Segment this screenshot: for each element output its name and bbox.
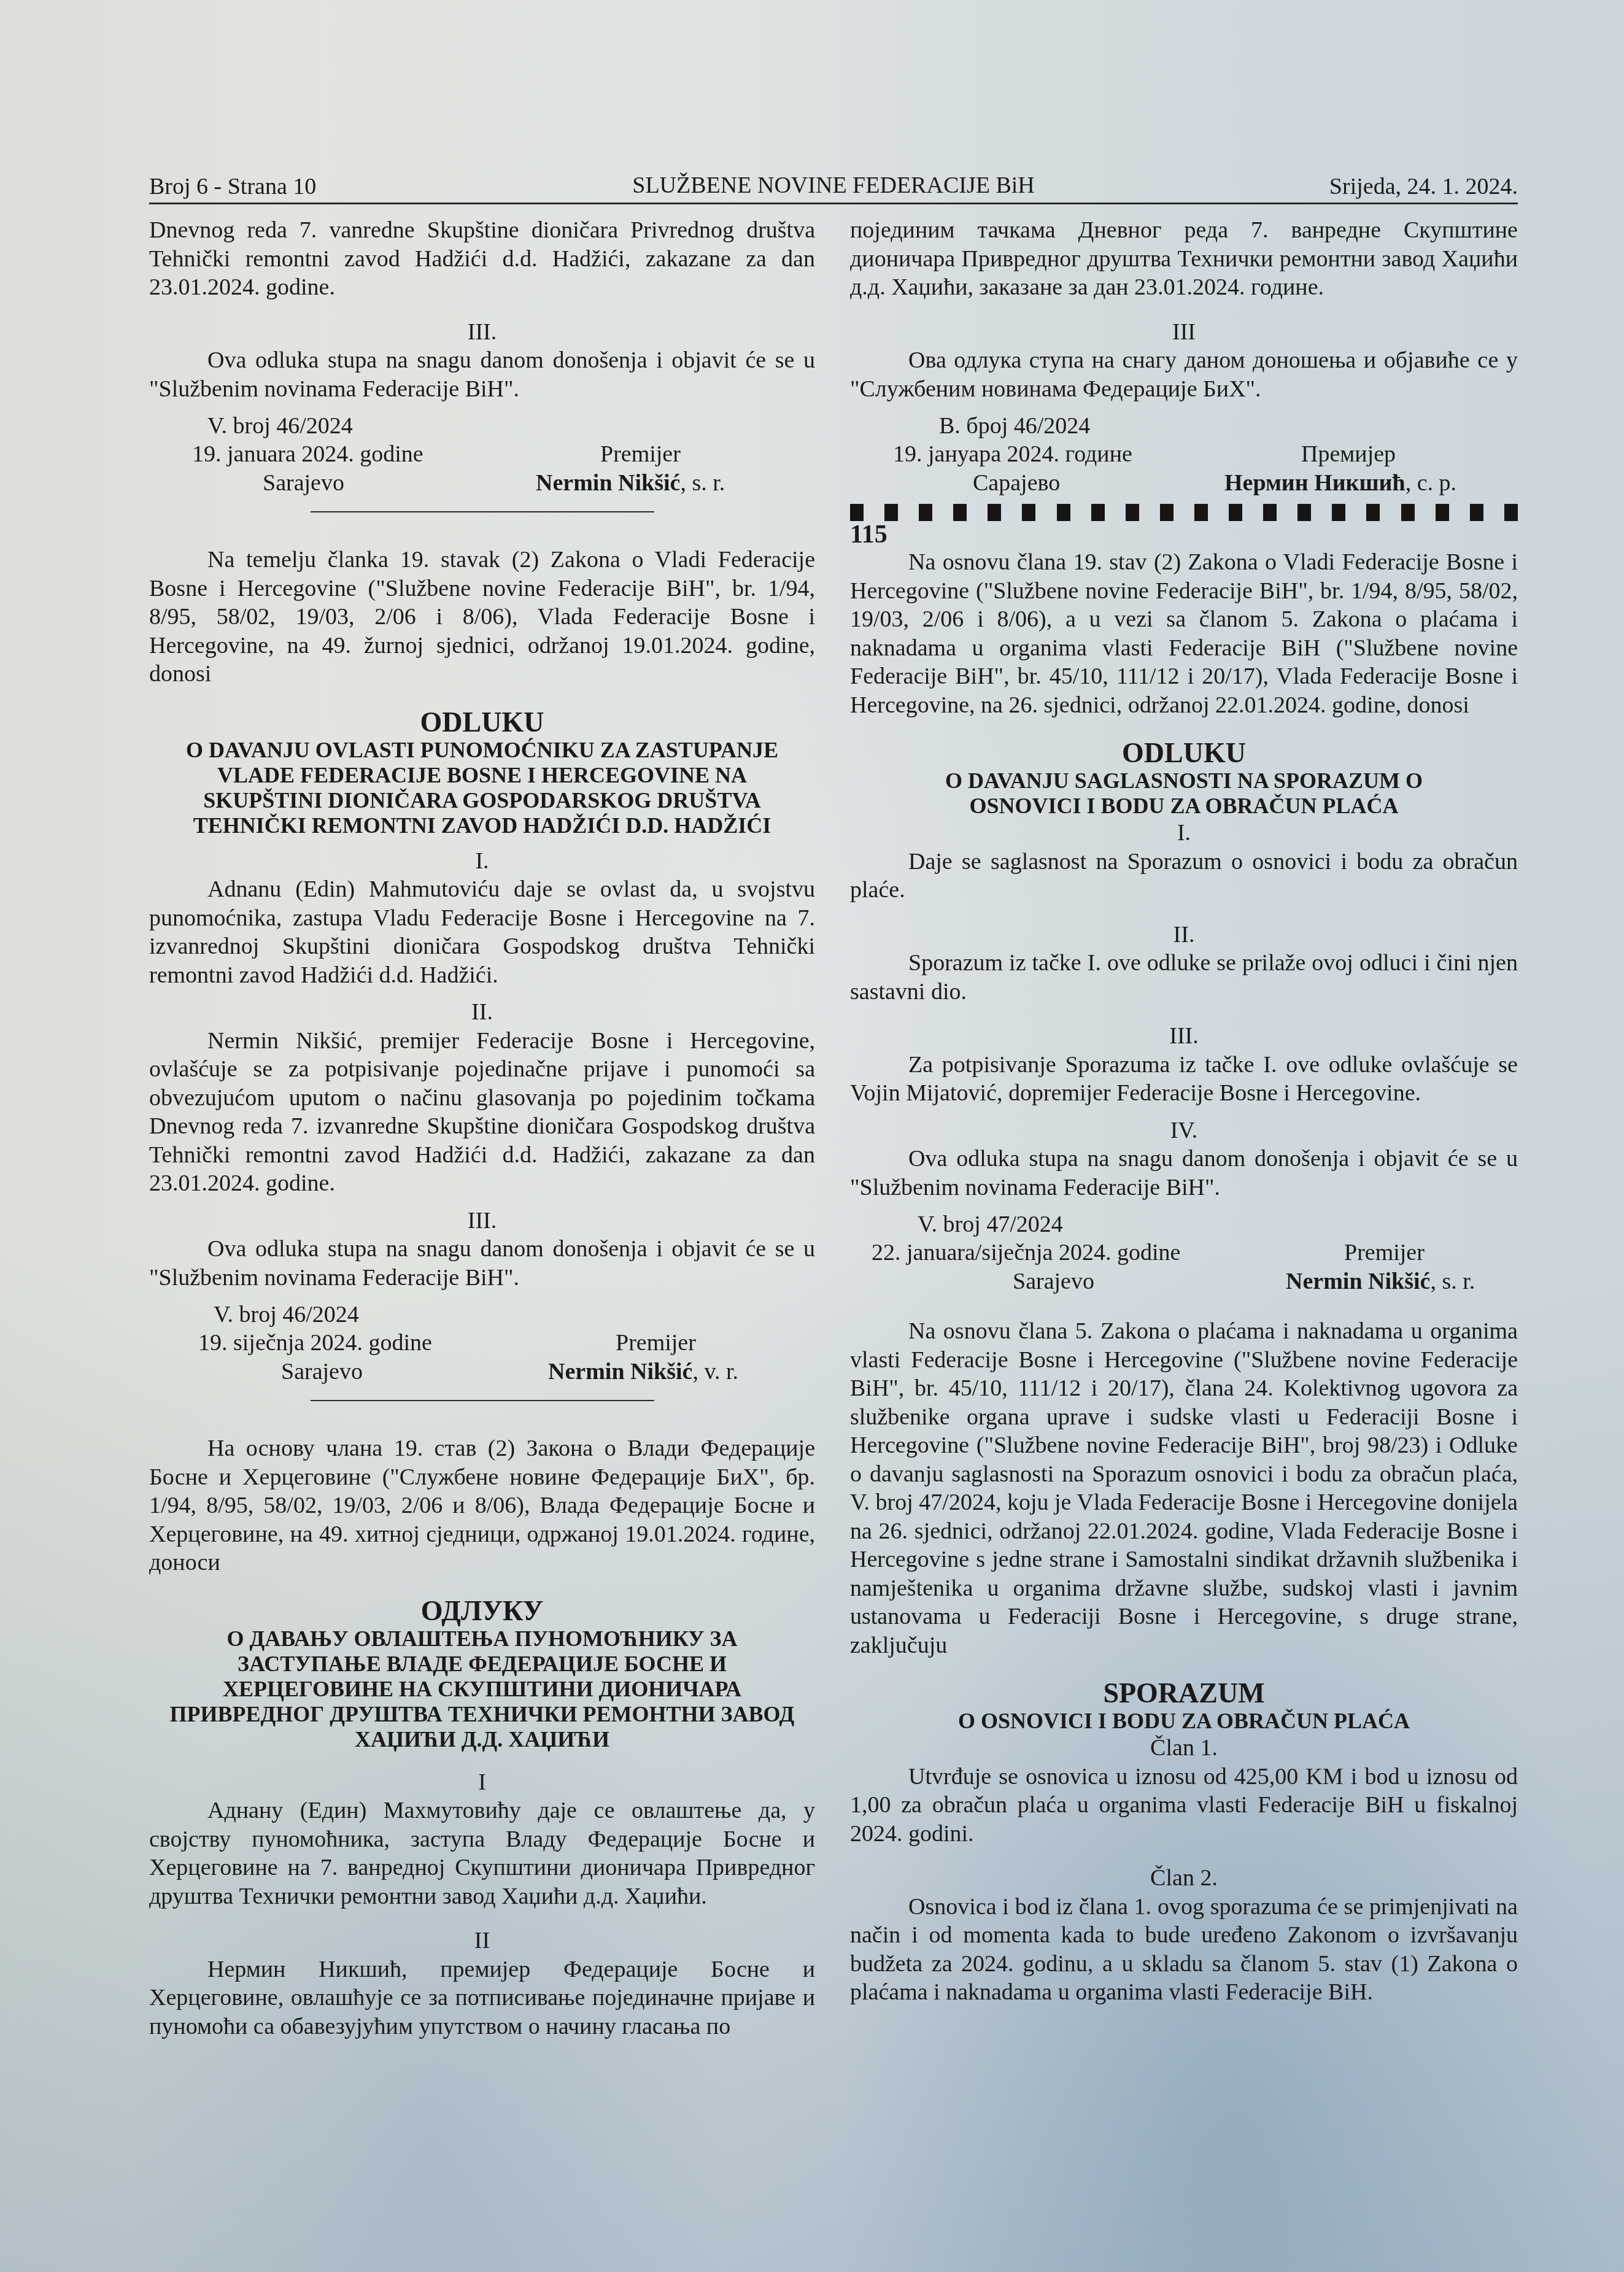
decision-date: 22. januara/siječnja 2024. godine bbox=[872, 1238, 1180, 1267]
article-number: Član 2. bbox=[850, 1864, 1518, 1893]
separator-square bbox=[850, 504, 864, 521]
section-text: Za potpisivanje Sporazuma iz tačke I. ov… bbox=[850, 1051, 1518, 1108]
signatory-suffix: , v. r. bbox=[692, 1359, 738, 1385]
separator-square bbox=[1332, 504, 1345, 521]
separator-square bbox=[1160, 504, 1174, 521]
signatory: Nermin Nikšić, s. r. bbox=[536, 469, 725, 498]
decision-number: В. број 46/2024 bbox=[939, 412, 1090, 441]
continued-text: појединим тачкама Дневног реда 7. ванред… bbox=[850, 216, 1518, 302]
section-number: III. bbox=[149, 1207, 815, 1235]
item-number: 115 bbox=[850, 521, 1518, 548]
section-text: Sporazum iz tačke I. ove odluke se prila… bbox=[850, 949, 1518, 1006]
agreement-subtitle: O OSNOVICI I BODU ZA OBRAČUN PLAĆA bbox=[850, 1709, 1518, 1734]
signatory-name: Nermin Nikšić bbox=[548, 1359, 692, 1385]
separator-square bbox=[1194, 504, 1208, 521]
signatory-role: Premijer bbox=[616, 1329, 696, 1358]
separator-square bbox=[1091, 504, 1105, 521]
separator-square bbox=[1057, 504, 1070, 521]
signature-block: V. broj 46/2024 19. januara 2024. godine… bbox=[149, 412, 815, 498]
section-number: I. bbox=[149, 847, 815, 876]
section-text: Nermin Nikšić, premijer Federacije Bosne… bbox=[149, 1027, 815, 1198]
decision-place: Sarajevo bbox=[1013, 1267, 1094, 1296]
decision-place: Sarajevo bbox=[263, 469, 344, 498]
separator-square bbox=[919, 504, 932, 521]
left-column: Dnevnog reda 7. vanredne Skupštine dioni… bbox=[149, 216, 815, 2041]
signatory-role: Premijer bbox=[600, 440, 681, 469]
decision-date: 19. januara 2024. godine bbox=[192, 440, 423, 469]
article-number: Član 1. bbox=[850, 1734, 1518, 1763]
section-text: Ова одлука ступа на снагу даном доношења… bbox=[850, 346, 1518, 403]
signatory-name: Nermin Nikšić bbox=[1286, 1269, 1430, 1294]
decision-date: 19. јануара 2024. године bbox=[893, 440, 1132, 469]
section-number: III bbox=[850, 318, 1518, 347]
signatory-suffix: , с. р. bbox=[1406, 470, 1456, 496]
signature-block: V. broj 47/2024 22. januara/siječnja 202… bbox=[850, 1210, 1518, 1296]
signatory-role: Premijer bbox=[1344, 1238, 1425, 1267]
separator-square bbox=[953, 504, 967, 521]
article-text: Osnovica i bod iz člana 1. ovog sporazum… bbox=[850, 1893, 1518, 2007]
decision-number: V. broj 46/2024 bbox=[214, 1300, 359, 1329]
separator-square bbox=[1470, 504, 1483, 521]
section-number: III. bbox=[149, 318, 815, 347]
separator-square bbox=[1297, 504, 1311, 521]
signatory-name: Nermin Nikšić bbox=[536, 470, 680, 496]
signatory-name: Нермин Никшић bbox=[1224, 470, 1406, 496]
decision-place: Sarajevo bbox=[281, 1358, 363, 1386]
preamble: Na temelju članka 19. stavak (2) Zakona … bbox=[149, 546, 815, 689]
separator-square bbox=[1366, 504, 1380, 521]
separator-square bbox=[1229, 504, 1242, 521]
separator-square bbox=[1022, 504, 1035, 521]
signature-block: V. broj 46/2024 19. siječnja 2024. godin… bbox=[149, 1300, 815, 1386]
decision-title: ОДЛУКУ bbox=[149, 1596, 815, 1626]
signatory: Нермин Никшић, с. р. bbox=[1224, 469, 1456, 498]
decision-subtitle: O DAVANJU OVLASTI PUNOMOĆNIKU ZA ZASTUPA… bbox=[149, 738, 815, 838]
decision-place: Сарајево bbox=[973, 469, 1060, 498]
separator-square bbox=[1504, 504, 1518, 521]
section-number: I bbox=[149, 1768, 815, 1797]
section-text: Adnanu (Edin) Mahmutoviću daje se ovlast… bbox=[149, 875, 815, 989]
decision-subtitle: О ДАВАЊУ ОВЛАШТЕЊА ПУНОМОЋНИКУ ЗА ЗАСТУП… bbox=[149, 1626, 815, 1752]
article-text: Utvrđuje se osnovica u iznosu od 425,00 … bbox=[850, 1763, 1518, 1849]
publication-title: SLUŽBENE NOVINE FEDERACIJE BiH bbox=[149, 172, 1518, 199]
right-column: појединим тачкама Дневног реда 7. ванред… bbox=[850, 216, 1518, 2007]
separator-square bbox=[988, 504, 1001, 521]
section-text: Нермин Никшић, премијер Федерације Босне… bbox=[149, 1955, 815, 2041]
signatory-role: Премијер bbox=[1301, 440, 1396, 469]
separator-square bbox=[1401, 504, 1415, 521]
preamble: Na osnovu člana 19. stav (2) Zakona o Vl… bbox=[850, 548, 1518, 719]
separator-square bbox=[1436, 504, 1449, 521]
continued-text: Dnevnog reda 7. vanredne Skupštine dioni… bbox=[149, 216, 815, 302]
decision-title: ODLUKU bbox=[149, 707, 815, 738]
section-number: IV. bbox=[850, 1116, 1518, 1145]
decision-subtitle: O DAVANJU SAGLASNOSTI NA SPORAZUM O OSNO… bbox=[850, 768, 1518, 819]
section-number: III. bbox=[850, 1022, 1518, 1051]
signatory-suffix: , s. r. bbox=[680, 470, 725, 496]
section-text: Ova odluka stupa na snagu danom donošenj… bbox=[149, 346, 815, 403]
signatory-suffix: , s. r. bbox=[1430, 1269, 1475, 1294]
separator-square bbox=[1126, 504, 1139, 521]
section-text: Аднану (Един) Махмутовићу даје се овлашт… bbox=[149, 1796, 815, 1911]
section-number: I. bbox=[850, 819, 1518, 848]
page-header: Broj 6 - Strana 10 SLUŽBENE NOVINE FEDER… bbox=[149, 164, 1518, 204]
signatory: Nermin Nikšić, v. r. bbox=[548, 1358, 738, 1386]
preamble: На основу члана 19. став (2) Закона о Вл… bbox=[149, 1434, 815, 1577]
section-text: Daje se saglasnost na Sporazum o osnovic… bbox=[850, 848, 1518, 905]
section-text: Ova odluka stupa na snagu danom donošenj… bbox=[850, 1145, 1518, 1202]
separator-square bbox=[884, 504, 898, 521]
separator-square bbox=[1263, 504, 1277, 521]
item-separator bbox=[850, 504, 1518, 521]
signature-block: В. број 46/2024 19. јануара 2024. године… bbox=[850, 412, 1518, 498]
signatory: Nermin Nikšić, s. r. bbox=[1286, 1267, 1475, 1296]
section-number: II bbox=[149, 1926, 815, 1955]
decision-title: ODLUKU bbox=[850, 738, 1518, 768]
agreement-title: SPORAZUM bbox=[850, 1678, 1518, 1709]
section-text: Ova odluka stupa na snagu danom donošenj… bbox=[149, 1235, 815, 1292]
decision-number: V. broj 47/2024 bbox=[918, 1210, 1063, 1239]
preamble: Na osnovu člana 5. Zakona o plaćama i na… bbox=[850, 1317, 1518, 1660]
decision-date: 19. siječnja 2024. godine bbox=[198, 1329, 432, 1358]
decision-number: V. broj 46/2024 bbox=[207, 412, 353, 441]
section-number: II. bbox=[850, 921, 1518, 949]
section-number: II. bbox=[149, 998, 815, 1027]
